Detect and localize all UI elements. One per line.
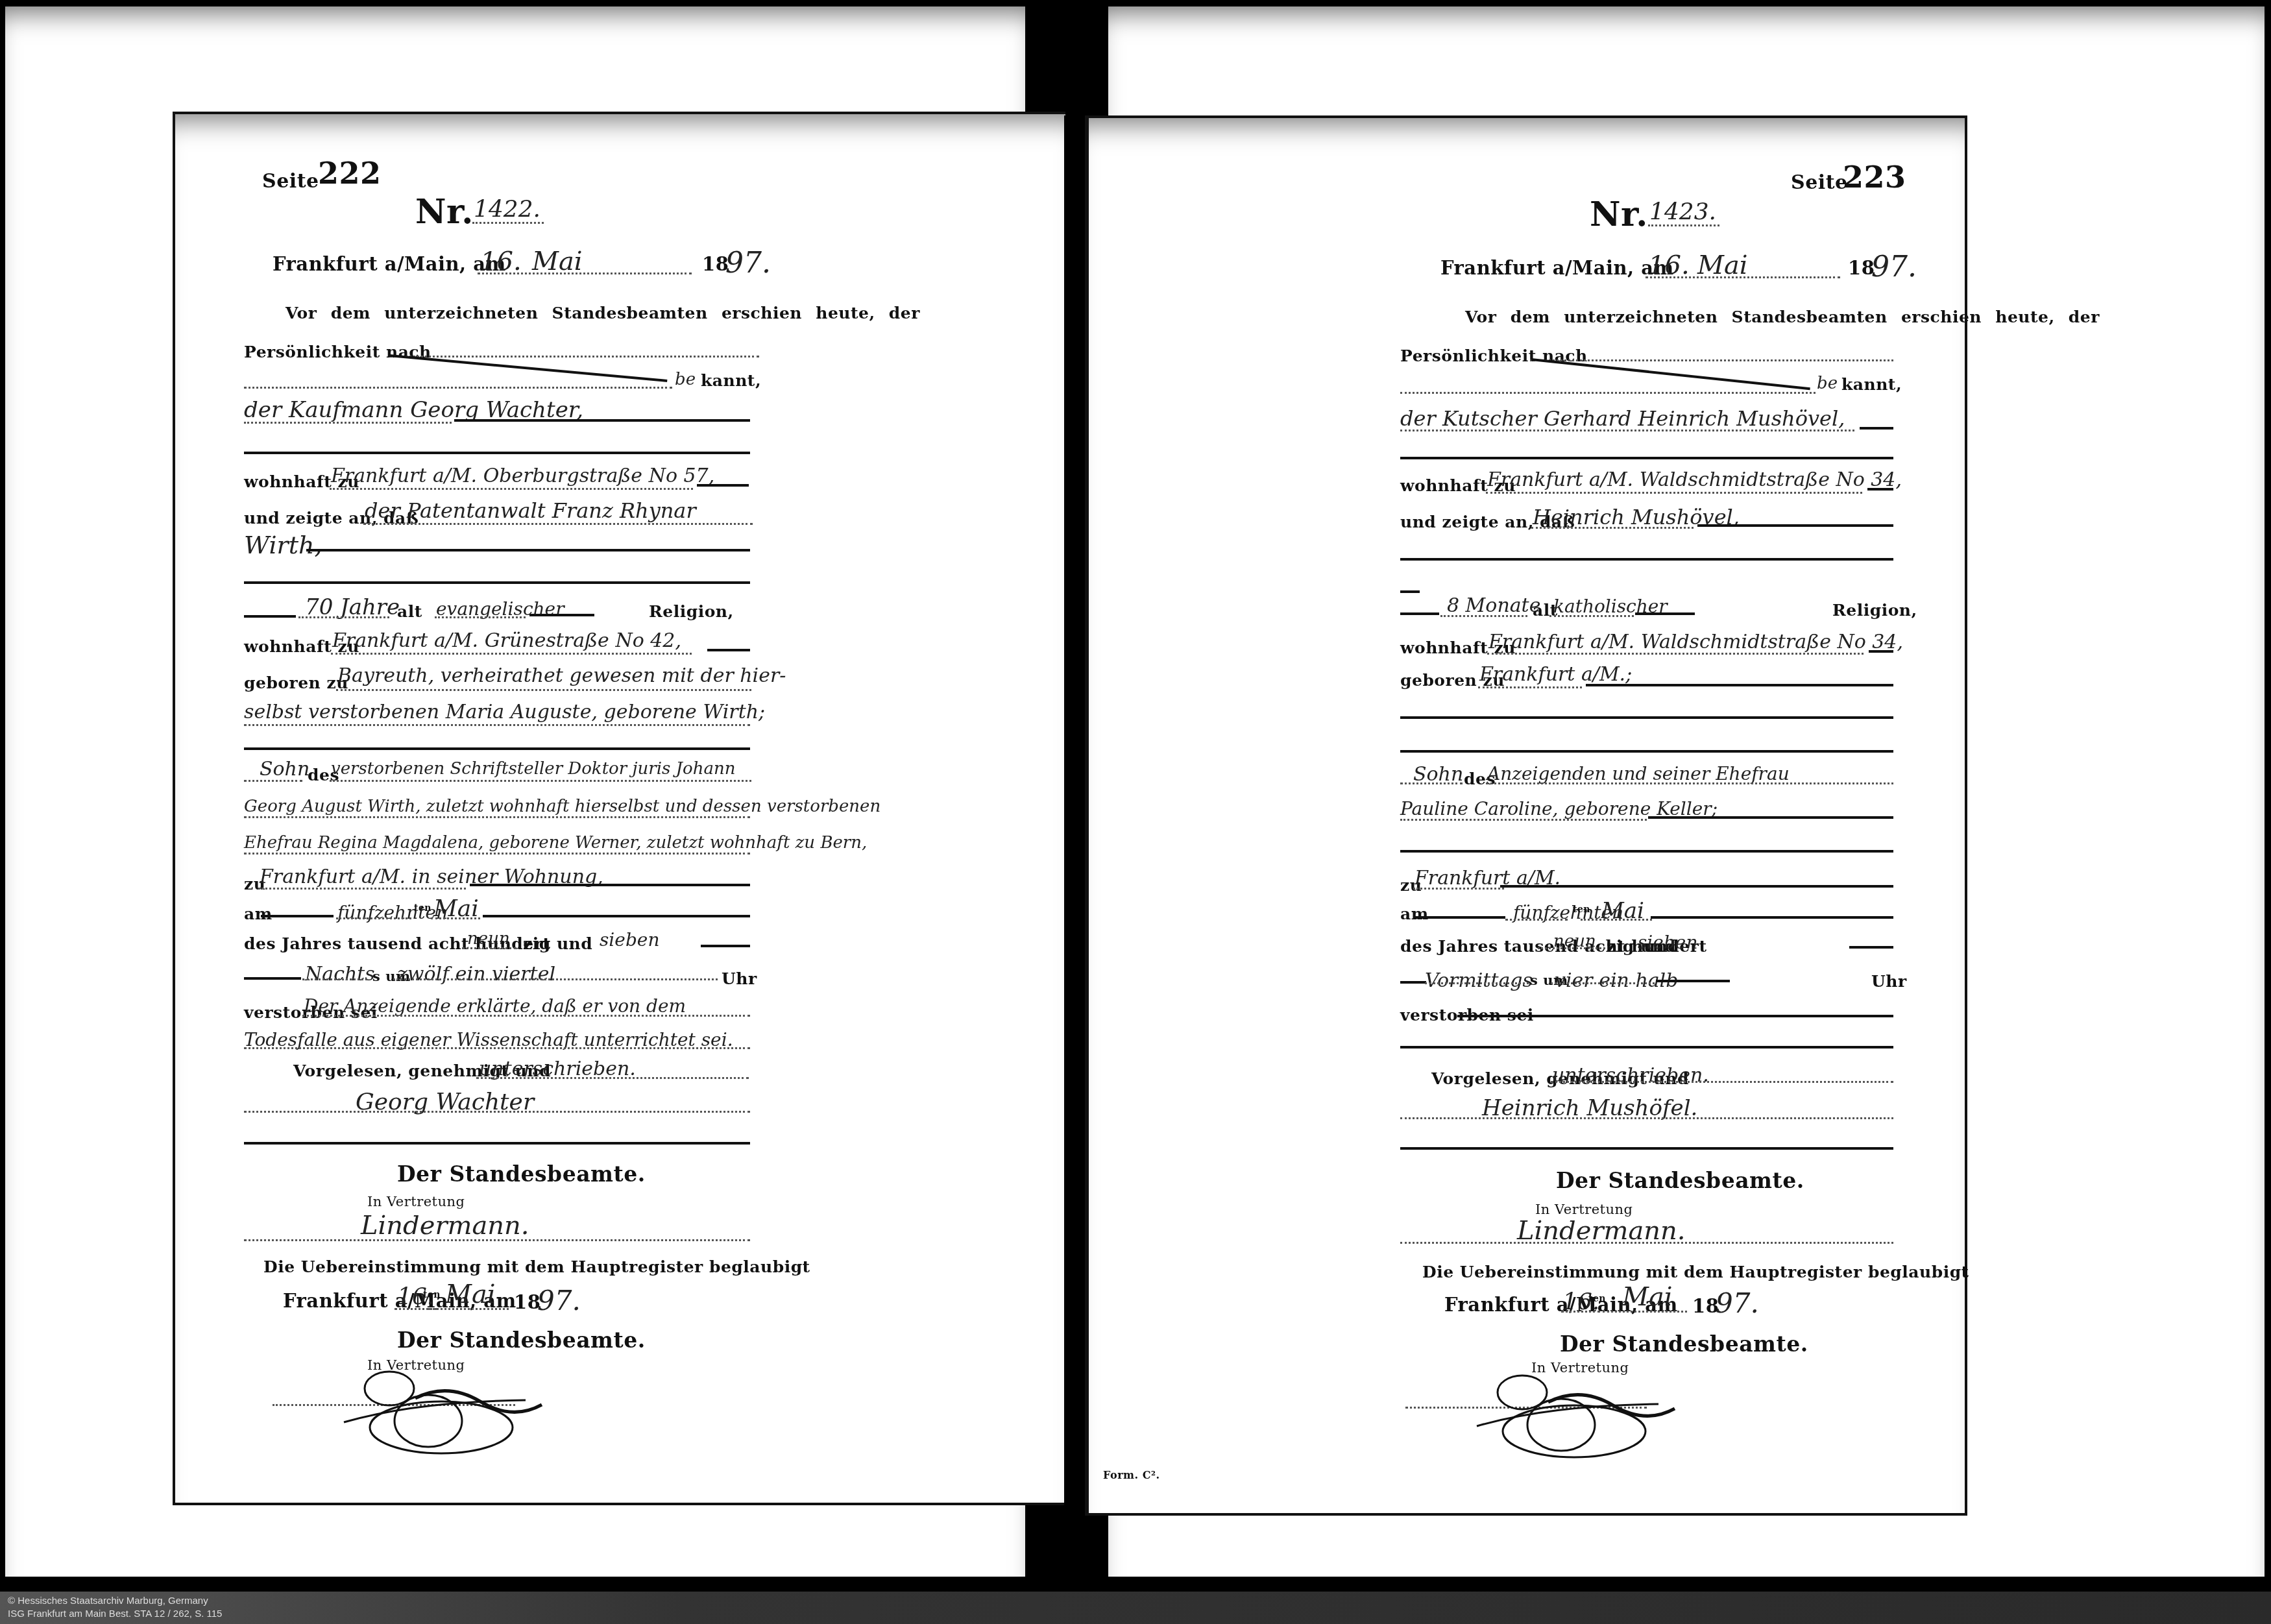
fill-line [1586,684,1893,686]
dotline [1440,615,1527,617]
entry-number-label: Nr. [1590,195,1648,234]
separator-line [244,581,750,584]
alt-label: alt [397,602,422,621]
fill-line [1635,612,1695,615]
dotline [298,616,389,618]
parents-line-1: Anzeigenden und seiner Ehefrau [1487,763,1790,784]
bekannt-handwritten-prefix: be [1817,374,1838,393]
birthplace-line-2: selbst verstorbenen Maria Auguste, gebor… [244,701,765,723]
cert-year-suffix: 97. [1716,1287,1759,1319]
dotline [258,888,466,890]
dotline [336,689,751,691]
entry-number-label: Nr. [415,192,474,232]
intro-text: Vor dem unterzeichneten Standesbeamten e… [1465,308,2100,326]
standesbeamte-title: Der Standesbeamte. [397,1161,646,1187]
vorgelesen-value: unterschrieben. [1552,1064,1709,1087]
standesbeamte-title-2: Der Standesbeamte. [1560,1331,1808,1357]
fill-line [261,915,334,917]
official-signature-flourish [318,1369,577,1462]
entry-number-value: 1423. [1649,199,1716,225]
fill-line [1860,427,1893,430]
official-signature: Lindermann. [361,1211,529,1241]
page-number: 223 [1843,160,1906,195]
dotline [244,422,452,424]
dotline [1538,947,1605,949]
religion-label: Religion, [649,602,734,621]
intro-text: Vor dem unterzeichneten Standesbeamten e… [285,304,920,322]
dotline [1486,782,1893,784]
dotline [244,1239,750,1241]
cert-month: Mai [1622,1282,1673,1312]
fill-line [1651,916,1893,919]
standesbeamte-title: Der Standesbeamte. [1556,1168,1804,1193]
dotline [1551,982,1655,984]
separator-line [244,452,750,454]
dotline [331,653,692,655]
informant-name: der Kutscher Gerhard Heinrich Mushövel, [1400,406,1845,431]
dotline [428,1308,509,1310]
fill-line [697,484,749,487]
official-signature-flourish [1451,1373,1710,1466]
uhr-label: Uhr [722,969,757,988]
geboren-label: geboren zu [244,673,348,692]
dotline [393,978,718,980]
dotline [1486,492,1862,494]
entry-number-dotline [472,222,544,224]
fill-line [483,915,750,917]
dotline [389,356,759,358]
separator-line [1400,558,1893,561]
dotline [476,1077,749,1079]
cert-month: Mai [445,1279,496,1309]
dotline [1531,527,1694,529]
place-date-prefix: Frankfurt a/Main, am [273,253,506,275]
fill-line [306,549,750,551]
vertretung-label: In Vertretung [367,1194,465,1209]
dotline [1425,982,1529,984]
fill-line [1400,981,1426,984]
date-dotline [478,273,692,274]
parents-line-2: Georg August Wirth, zuletzt wohnhaft hie… [244,797,880,816]
entry-number-dotline [1648,224,1719,226]
dotline [302,1015,750,1017]
am-label: am [244,904,273,923]
dotline [1487,653,1864,655]
ten-superscript: ten [414,903,431,914]
separator-line [1400,716,1893,719]
deceased-residence: Frankfurt a/M. Waldschmidtstraße No 34, [1488,631,1903,653]
time-of-day: Vormittags [1425,969,1533,992]
official-signature-2-text: Lindermann [415,1388,519,1408]
standesbeamte-title-2: Der Standesbeamte. [397,1327,646,1353]
seite-label: Seite [1791,171,1848,194]
fill-line [1869,650,1893,653]
dotline [1400,782,1463,784]
deceased-line-1: der Patentanwalt Franz Rhynar [365,498,696,523]
year-suffix: 97. [725,247,771,280]
separator-line [1400,850,1893,853]
am-label: am [1400,904,1429,923]
vertretung-label: In Vertretung [1535,1202,1633,1217]
dotline [1551,1081,1893,1083]
year-units: sieben [600,929,659,951]
copyright-line: © Hessisches Staatsarchiv Marburg, Germa… [8,1595,208,1606]
dotline [1561,1311,1600,1313]
year-tens: neun [467,929,510,949]
fill-line [1400,612,1439,615]
dotline [244,1111,750,1113]
fill-line [244,977,301,980]
page-number: 222 [318,156,382,191]
deceased-residence: Frankfurt a/M. Grünestraße No 42, [332,629,681,652]
fill-line [1500,885,1893,888]
fill-line [1457,1015,1893,1017]
page-gutter [1064,115,1082,1517]
dotline [1581,919,1652,921]
persoenlichkeit-label: Persönlichkeit nach [244,343,431,361]
fill-line [1697,524,1893,527]
form-label: Form. C². [1103,1469,1160,1481]
dotline [244,1047,750,1049]
dotline [1400,1242,1893,1244]
cert-ten-superscript: ten [1588,1294,1606,1304]
informant-residence: Frankfurt a/M. Oberburgstraße No 57, [331,465,714,487]
birthplace: Frankfurt a/M.; [1479,663,1632,686]
informant-residence: Frankfurt a/M. Waldschmidtstraße No 34, [1487,468,1902,491]
separator-line [1400,1147,1893,1150]
fill-line [701,945,750,947]
archive-reference-line: ISG Frankfurt am Main Best. STA 12 / 262… [8,1608,222,1619]
fill-line [1849,946,1893,949]
cert-ten-superscript: ten [423,1290,441,1300]
dotline [1478,686,1582,688]
fill-line [1867,488,1893,491]
parents-line-3: Ehefrau Regina Magdalena, geborene Werne… [244,833,867,853]
parents-relation: Sohn [260,758,310,781]
fill-line [1648,816,1893,819]
fill-line [470,884,750,886]
bekannt-label: kannt, [1841,375,1902,394]
separator-line [1400,1046,1893,1048]
dotline [1505,919,1568,921]
uhr-label: Uhr [1871,972,1907,991]
parents-line-1: verstorbenen Schriftsteller Doktor juris… [331,759,735,779]
dotline [435,616,526,618]
dotline [244,853,750,854]
entry-number-value: 1422. [474,196,540,223]
fill-line [1415,916,1505,919]
time-of-day: Nachts [305,963,375,986]
year-suffix: 97. [1871,250,1917,284]
dotline [431,917,480,919]
dotline [1549,615,1634,617]
dotline [302,978,367,980]
dotline [1400,392,1816,394]
fill-line [244,615,296,618]
fill-line [529,614,594,616]
bekannt-label: kannt, [701,371,761,390]
dotline [244,816,750,818]
cert-year-suffix: 97. [537,1285,581,1316]
fill-line [707,649,750,651]
zig-und-label: zig und [523,934,592,953]
separator-line [1400,750,1893,753]
seite-label: Seite [262,170,319,193]
dotline [1400,1117,1893,1119]
dotline [1400,430,1854,431]
archive-credit-bar: © Hessisches Staatsarchiv Marburg, Germa… [0,1592,2271,1624]
year-units: sieben [1638,932,1697,953]
birthplace-line-1: Bayreuth, verheirathet gewesen mit der h… [337,664,786,687]
fill-line [1656,980,1730,982]
uebereinstimmung-text: Die Uebereinstimmung mit dem Hauptregist… [263,1257,810,1276]
dotline [244,387,672,389]
fill-line [454,419,750,422]
dotline [1413,888,1504,890]
dotline [1400,819,1647,821]
dotline [1603,1311,1687,1313]
dotline [462,947,516,949]
uebereinstimmung-text: Die Uebereinstimmung mit dem Hauptregist… [1422,1263,1969,1281]
separator-line [1400,457,1893,459]
death-statement-line-1: Der Anzeigende erklärte, daß er von dem [304,995,686,1017]
place-date-prefix: Frankfurt a/Main, am [1440,257,1674,279]
religion-label: Religion, [1832,601,1917,620]
separator-line [244,747,750,750]
age: 8 Monate [1447,594,1540,617]
death-hour: zwölf ein viertel [397,963,555,986]
date-dotline [1646,276,1840,278]
dotline [244,780,302,782]
official-signature-2-text: Lindermann [1557,1392,1661,1412]
dotline [336,917,411,919]
dotline [1530,359,1893,361]
bekannt-handwritten-prefix: be [675,370,696,389]
separator-line [1400,590,1420,593]
ten-superscript: ten [1573,904,1590,915]
dotline [244,724,750,726]
deceased-line-2: Wirth, [244,531,322,559]
dotline [330,780,751,782]
dotline [363,523,753,525]
separator-line [244,1142,750,1145]
dotline [330,488,693,490]
